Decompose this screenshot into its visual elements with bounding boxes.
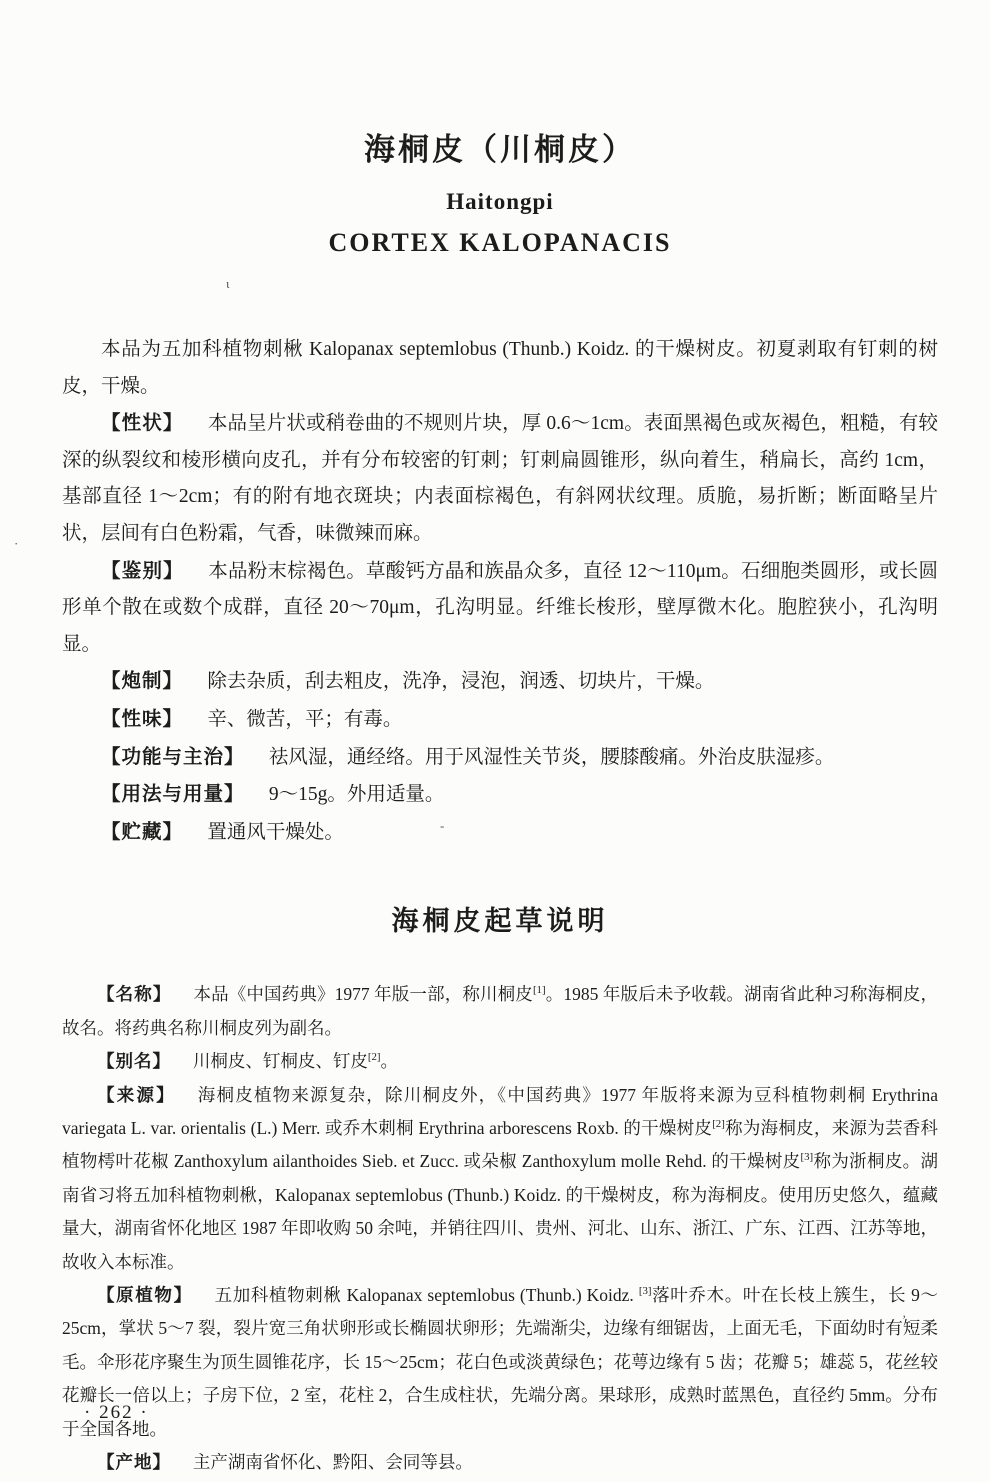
entry-label: 【别名】 — [97, 1051, 171, 1071]
monograph-body: 本品为五加科植物刺楸 Kalopanax septemlobus (Thunb.… — [62, 332, 938, 851]
entry-laiyuan: 【来源】海桐皮植物来源复杂，除川桐皮外，《中国药典》1977 年版将来源为豆科植… — [62, 1079, 938, 1279]
entry-label: 【功能与主治】 — [101, 746, 245, 768]
reference-superscript: [3] — [801, 1152, 814, 1164]
entry-zhucang: 【贮藏】置通风干燥处。 — [62, 814, 938, 852]
page-title-latin: CORTEX KALOPANACIS — [62, 228, 938, 258]
page-title-pinyin: Haitongpi — [62, 189, 938, 215]
reference-superscript: [2] — [712, 1118, 725, 1130]
entry-paozhi: 【炮制】除去杂质，刮去粗皮，洗净，浸泡，润透、切块片，干燥。 — [62, 663, 938, 701]
entry-bieming: 【别名】川桐皮、钉桐皮、钉皮[2]。 — [62, 1045, 938, 1078]
entry-label: 【来源】 — [97, 1085, 176, 1105]
draft-notes-heading: 海桐皮起草说明 — [62, 899, 938, 938]
entry-mingcheng: 【名称】本品《中国药典》1977 年版一部，称川桐皮[1]。1985 年版后未予… — [62, 978, 938, 1045]
entry-xingzhuang: 【性状】本品呈片状或稍卷曲的不规则片块，厚 0.6～1cm。表面黑褐色或灰褐色，… — [62, 405, 938, 552]
entry-gongneng-zhuzhi: 【功能与主治】祛风湿，通经络。用于风湿性关节炎，腰膝酸痛。外治皮肤湿疹。 — [62, 739, 938, 777]
entry-yuanzhiwu: 【原植物】五加科植物刺楸 Kalopanax septemlobus (Thun… — [62, 1279, 938, 1446]
entry-label: 【鉴别】 — [101, 560, 184, 582]
entry-label: 【原植物】 — [97, 1285, 193, 1305]
entry-label: 【炮制】 — [101, 670, 183, 692]
draft-notes-body: 【名称】本品《中国药典》1977 年版一部，称川桐皮[1]。1985 年版后未予… — [62, 978, 938, 1479]
entry-label: 【产地】 — [97, 1452, 171, 1472]
entry-label: 【性状】 — [101, 412, 183, 434]
entry-jianbie: 【鉴别】本品粉末棕褐色。草酸钙方晶和族晶众多，直径 12～110μm。石细胞类圆… — [62, 553, 938, 664]
page-number: · 262 · — [84, 1402, 149, 1424]
scan-artifact: ’ — [902, 1312, 906, 1328]
reference-superscript: [2] — [368, 1051, 381, 1063]
entry-yongfa-yongliang: 【用法与用量】9～15g。外用适量。 — [62, 776, 938, 814]
scan-artifact: ι — [226, 276, 230, 292]
entry-label: 【贮藏】 — [101, 821, 183, 843]
scanned-document-page: 海桐皮（川桐皮） Haitongpi CORTEX KALOPANACIS 本品… — [0, 0, 990, 1482]
reference-superscript: [3] — [639, 1285, 652, 1297]
reference-superscript: [1] — [533, 984, 546, 996]
entry-xingwei: 【性味】辛、微苦，平；有毒。 — [62, 701, 938, 739]
entry-label: 【名称】 — [97, 984, 172, 1004]
page-content: 海桐皮（川桐皮） Haitongpi CORTEX KALOPANACIS 本品… — [62, 0, 938, 1479]
entry-label: 【性味】 — [101, 708, 183, 730]
scan-artifact: - — [440, 818, 444, 834]
entry-chandi: 【产地】主产湖南省怀化、黔阳、会同等县。 — [62, 1446, 938, 1479]
entry-label: 【用法与用量】 — [101, 783, 245, 805]
scan-artifact: · — [14, 536, 18, 552]
intro-paragraph: 本品为五加科植物刺楸 Kalopanax septemlobus (Thunb.… — [62, 332, 938, 405]
page-title: 海桐皮（川桐皮） — [62, 124, 938, 169]
